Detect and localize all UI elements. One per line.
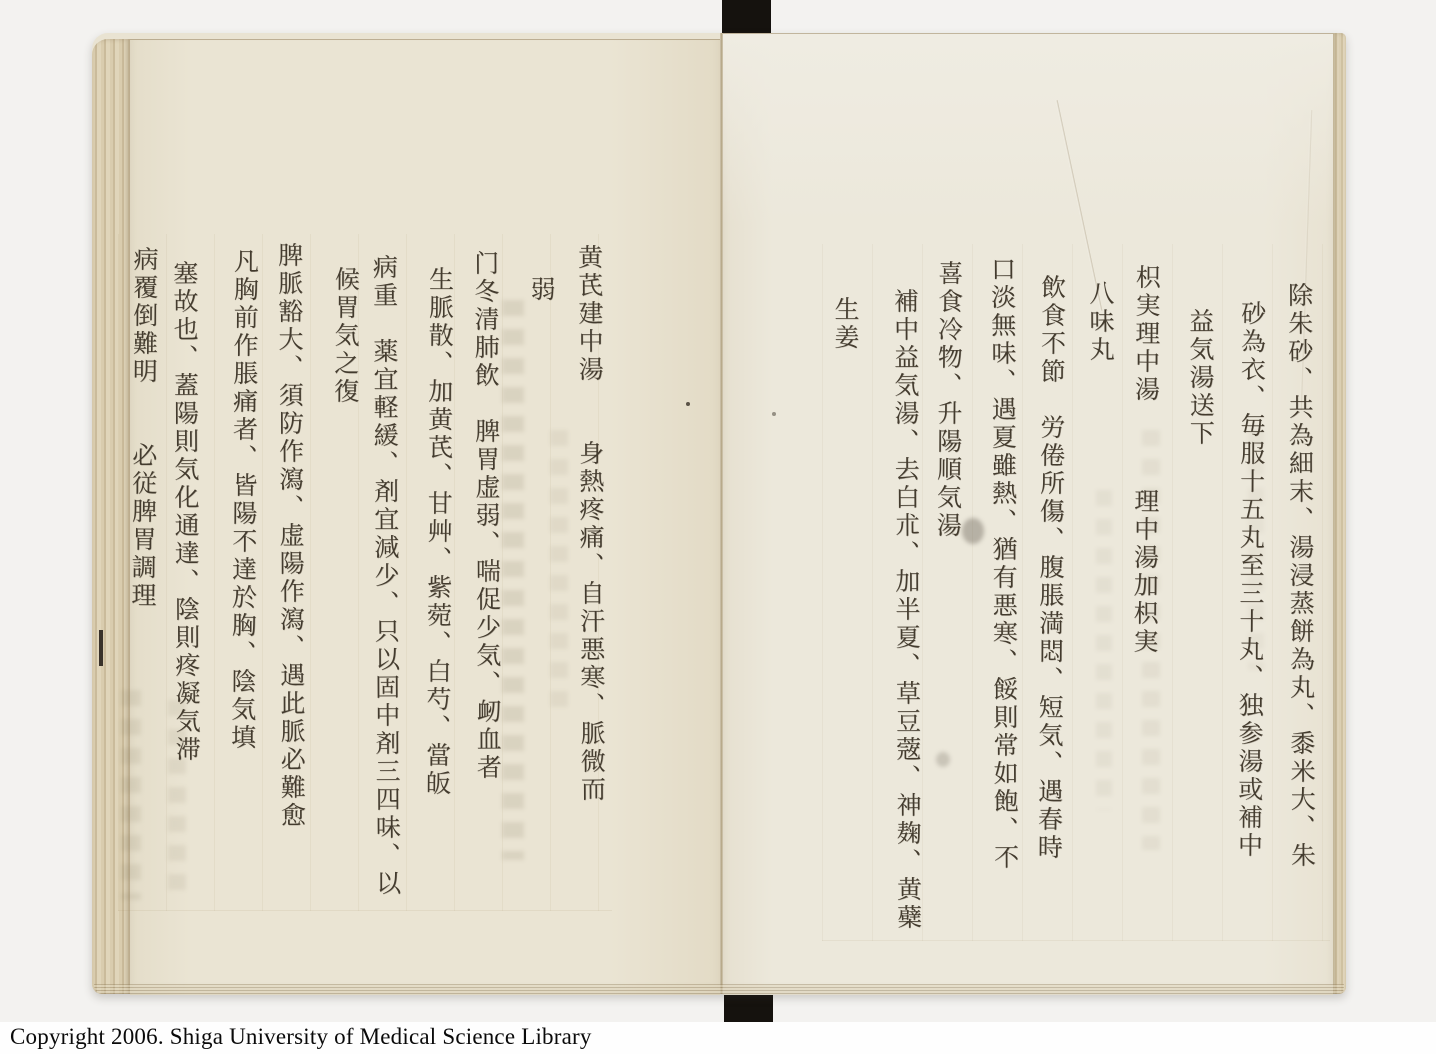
manuscript-column: 脾脈豁大、須防作瀉、虚陽作瀉、遇此脈必難愈 <box>274 242 305 830</box>
manuscript-column: 除朱砂、共為細末、湯浸蒸餅為丸、黍米大、朱 <box>1284 282 1315 870</box>
manuscript-column: 弱 <box>527 276 555 304</box>
manuscript-column: 補中益気湯、去白朮、加半夏、草豆蔲、神麹、黄蘗 <box>890 288 921 932</box>
paper-speck <box>686 402 690 406</box>
page-edge-stack-left <box>92 39 130 994</box>
manuscript-column: 飲食不節 労倦所傷、腹脹満悶、短気、遇春時 <box>1034 274 1066 862</box>
edge-mark <box>99 630 103 666</box>
manuscript-column: 门冬清肺飲 脾胃虚弱、喘促少気、衂血者 <box>471 250 502 782</box>
manuscript-column: 益気湯送下 <box>1186 308 1215 448</box>
ink-smudge <box>962 518 984 544</box>
manuscript-column: 砂為衣、毎服十五丸至三十丸、独参湯或補中 <box>1234 300 1265 860</box>
manuscript-column: 口淡無味、遇夏雖熱、猶有悪寒、餒則常如飽、不 <box>987 256 1018 872</box>
ink-smudge <box>936 752 950 767</box>
manuscript-column: 黄芪建中湯 身熱疼痛、自汗悪寒、脈微而 <box>575 244 606 804</box>
manuscript-column: 枳実理中湯 理中湯加枳実 <box>1130 264 1160 656</box>
manuscript-column: 病覆倒難明 必従脾胃調理 <box>128 246 158 610</box>
manuscript-column: 塞故也、蓋陽則気化通達、陰則疼凝気滞 <box>170 260 201 764</box>
manuscript-column: 生脈散、加黄芪、甘艸、紫菀、白芍、當皈 <box>422 266 453 798</box>
manuscript-column: 生姜 <box>831 296 859 352</box>
paper-speck <box>772 412 776 416</box>
scanned-manuscript-image: 除朱砂、共為細末、湯浸蒸餅為丸、黍米大、朱 砂為衣、毎服十五丸至三十丸、独参湯或… <box>0 0 1436 1054</box>
copyright-notice: Copyright 2006. Shiga University of Medi… <box>10 1024 592 1050</box>
page-edge-stack-bottom <box>94 984 1344 994</box>
manuscript-column: 凡胸前作脹痛者、皆陽不達於胸、陰気填 <box>227 248 258 752</box>
manuscript-column: 八味丸 <box>1086 280 1114 364</box>
page-edge-stack-right <box>1333 33 1346 994</box>
manuscript-column: 病重 薬宜軽緩、剤宜減少、只以固中剤三四味、以 <box>369 254 400 898</box>
manuscript-column: 候胃気之復 <box>331 266 360 406</box>
manuscript-column: 喜食冷物、升陽順気湯 <box>933 260 963 540</box>
